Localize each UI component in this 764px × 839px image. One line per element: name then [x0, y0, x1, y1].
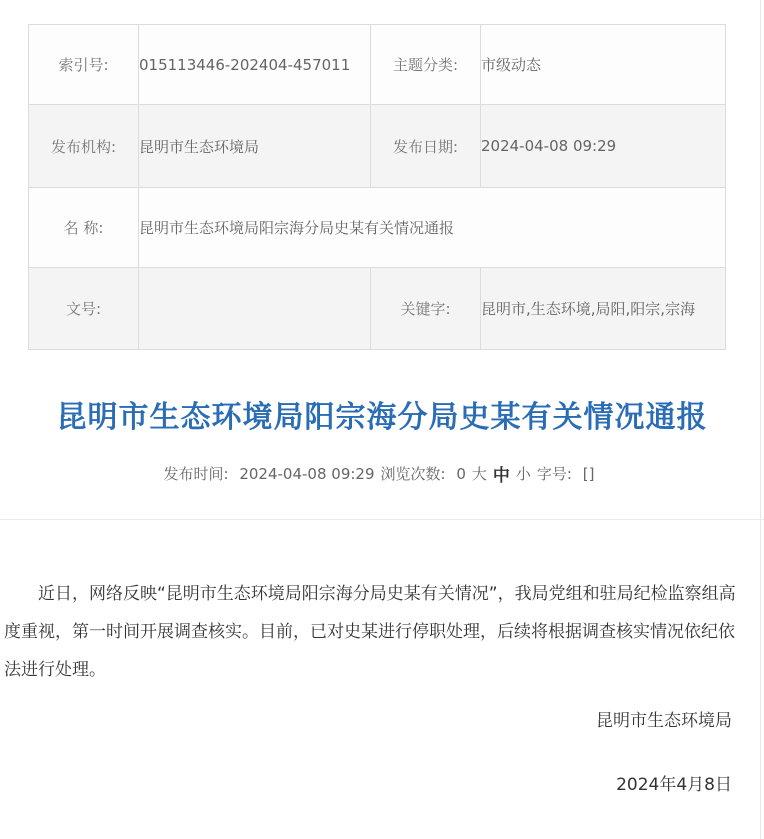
topic-category-label: 主题分类: [371, 25, 481, 105]
keywords-value: 昆明市,生态环境,局阳,阳宗,宗海 [481, 268, 726, 350]
table-row: 索引号: 015113446-202404-457011 主题分类: 市级动态 [29, 25, 726, 105]
font-size-label: 字号: [537, 463, 577, 484]
article-body-paragraph: 近日，网络反映“昆明市生态环境局阳宗海分局史某有关情况”，我局党组和驻局纪检监察… [4, 575, 737, 689]
doc-number-label: 文号: [29, 268, 139, 350]
view-count-value: 0 [456, 465, 466, 483]
table-row: 发布机构: 昆明市生态环境局 发布日期: 2024-04-08 09:29 [29, 105, 726, 188]
keywords-label: 关键字: [371, 268, 481, 350]
publish-time-label: 发布时间: [164, 463, 234, 484]
publisher-label: 发布机构: [29, 105, 139, 188]
signature-date: 2024年4月8日 [0, 770, 732, 795]
view-count-label: 浏览次数: [381, 463, 451, 484]
document-page: 索引号: 015113446-202404-457011 主题分类: 市级动态 … [0, 0, 764, 839]
font-size-medium-button[interactable]: 中 [493, 461, 510, 486]
publish-date-value: 2024-04-08 09:29 [481, 105, 726, 188]
table-row: 文号: 关键字: 昆明市,生态环境,局阳,阳宗,宗海 [29, 268, 726, 350]
index-number-label: 索引号: [29, 25, 139, 105]
page-title: 昆明市生态环境局阳宗海分局史某有关情况通报 [0, 392, 764, 436]
document-name-label: 名 称: [29, 188, 139, 268]
document-name-value: 昆明市生态环境局阳宗海分局史某有关情况通报 [139, 188, 726, 268]
table-row: 名 称: 昆明市生态环境局阳宗海分局史某有关情况通报 [29, 188, 726, 268]
publish-info-bar: 发布时间: 2024-04-08 09:29 浏览次数: 0 大 中 小 字号:… [0, 461, 764, 486]
signature: 昆明市生态环境局 [0, 706, 732, 731]
doc-number-value [139, 268, 371, 350]
font-size-brackets: [] [583, 465, 595, 483]
index-number-value: 015113446-202404-457011 [139, 25, 371, 105]
publish-time-value: 2024-04-08 09:29 [239, 465, 374, 483]
publisher-value: 昆明市生态环境局 [139, 105, 371, 188]
section-divider [0, 519, 764, 520]
font-size-large-button[interactable]: 大 [472, 463, 487, 484]
font-size-small-button[interactable]: 小 [516, 463, 531, 484]
topic-category-value: 市级动态 [481, 25, 726, 105]
document-meta-table: 索引号: 015113446-202404-457011 主题分类: 市级动态 … [28, 24, 725, 350]
publish-date-label: 发布日期: [371, 105, 481, 188]
